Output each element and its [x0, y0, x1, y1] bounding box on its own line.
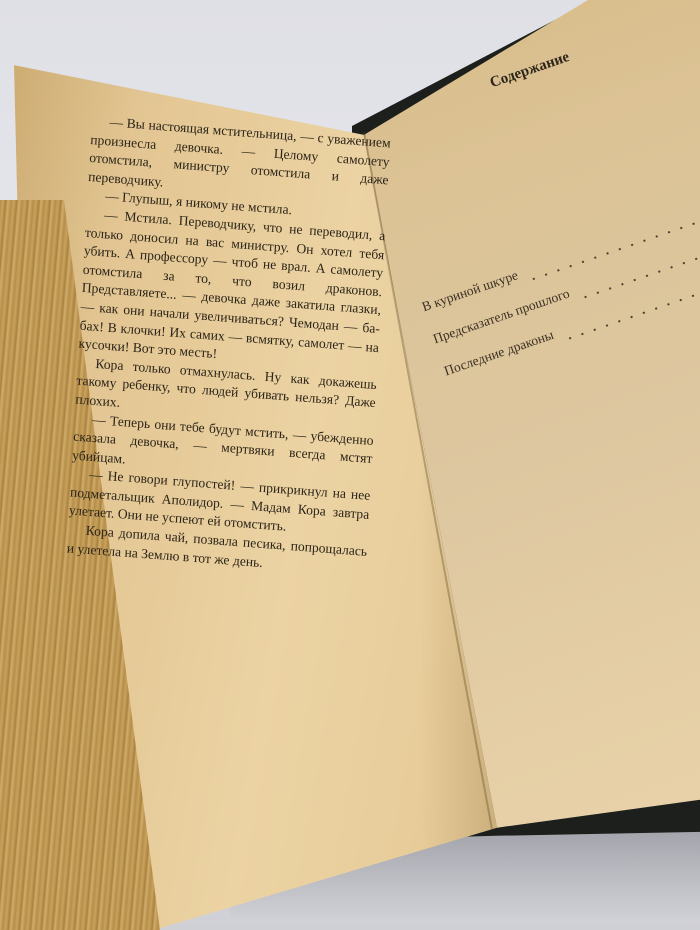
story-text: — Вы настоящая мстительница, — с уважени…	[66, 112, 391, 580]
paragraph: — Мстила. Переводчику, что не переводил,…	[78, 205, 386, 376]
book-photo: — Вы настоящая мстительница, — с уважени…	[0, 0, 700, 930]
